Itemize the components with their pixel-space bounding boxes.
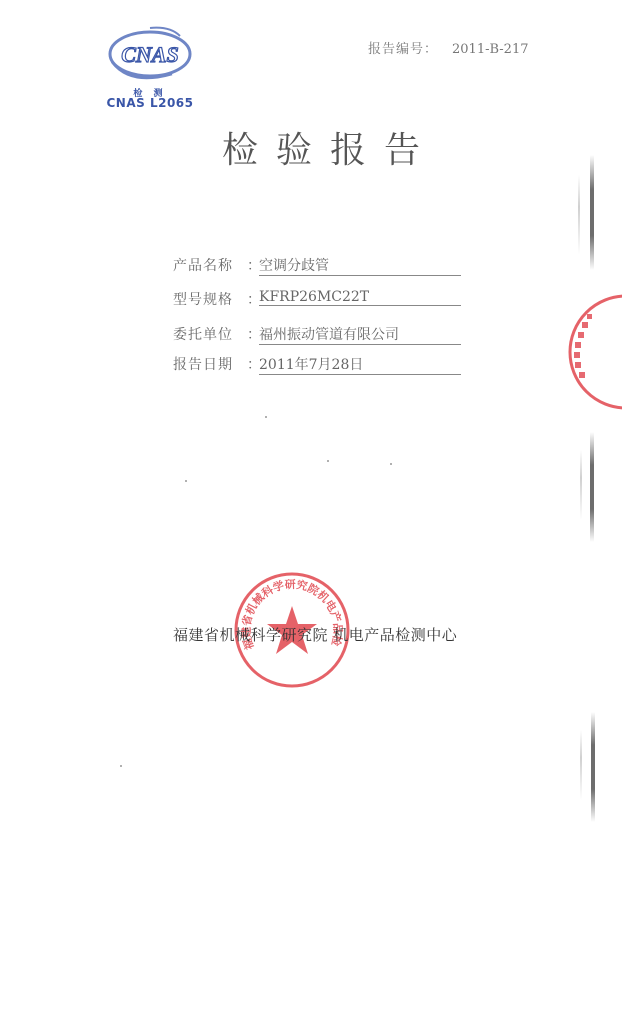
scan-speck bbox=[265, 416, 267, 418]
field-client: 委托单位： 福州振动管道有限公司 bbox=[173, 324, 259, 348]
field-colon: ： bbox=[247, 324, 259, 344]
field-value: 空调分歧管 bbox=[259, 255, 461, 276]
scan-speck bbox=[120, 765, 122, 767]
report-number-label: 报告编号： bbox=[368, 42, 438, 57]
scan-speck bbox=[390, 463, 392, 465]
cnas-logo: CNAS 检 测 CNAS L2065 bbox=[100, 24, 200, 112]
scan-artifact bbox=[580, 730, 582, 800]
page-title: 检验报告 bbox=[222, 122, 438, 173]
official-seal-icon bbox=[560, 292, 622, 412]
field-value: 福州振动管道有限公司 bbox=[259, 324, 461, 345]
field-value: 2011年7月28日 bbox=[259, 354, 461, 375]
scan-artifact bbox=[590, 432, 594, 542]
issuer-name: 福建省机械科学研究院 机电产品检测中心 bbox=[173, 624, 457, 645]
scan-artifact bbox=[578, 175, 580, 255]
field-label: 产品名称 bbox=[173, 255, 247, 275]
field-value: KFRP26MC22T bbox=[259, 289, 461, 306]
field-product-name: 产品名称： 空调分歧管 bbox=[173, 255, 259, 279]
field-label: 委托单位 bbox=[173, 324, 247, 344]
official-seal-partial bbox=[560, 292, 622, 412]
field-label: 型号规格 bbox=[173, 289, 247, 309]
report-number: 报告编号：2011-B-217 bbox=[368, 38, 529, 57]
field-colon: ： bbox=[247, 255, 259, 275]
scan-speck bbox=[185, 480, 187, 482]
scan-artifact bbox=[590, 155, 594, 270]
report-number-value: 2011-B-217 bbox=[452, 42, 528, 57]
field-model-spec: 型号规格： KFRP26MC22T bbox=[173, 289, 259, 313]
accreditation-code: CNAS L2065 bbox=[100, 96, 200, 110]
field-label: 报告日期 bbox=[173, 354, 247, 374]
field-report-date: 报告日期： 2011年7月28日 bbox=[173, 354, 259, 378]
scan-artifact bbox=[580, 450, 582, 520]
svg-text:CNAS: CNAS bbox=[121, 42, 178, 67]
field-colon: ： bbox=[247, 289, 259, 309]
scan-speck bbox=[327, 460, 329, 462]
cnas-logo-icon: CNAS bbox=[100, 24, 200, 94]
scan-artifact bbox=[591, 712, 595, 822]
field-colon: ： bbox=[247, 354, 259, 374]
